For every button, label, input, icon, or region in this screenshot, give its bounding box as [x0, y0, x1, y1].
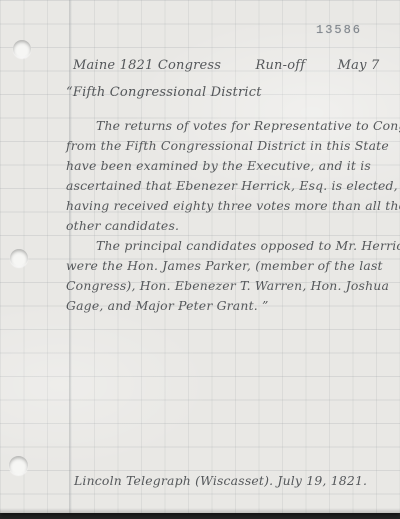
punch-hole-bottom [9, 456, 28, 475]
archive-number-stamp: 13586 [316, 23, 362, 37]
handwritten-line: having received eighty three votes more … [66, 196, 398, 216]
body-text: The returns of votes for Representative … [66, 116, 398, 316]
handwritten-line: were the Hon. James Parker, (member of t… [66, 256, 398, 276]
handwritten-line: have been examined by the Executive, and… [66, 156, 398, 176]
scanned-document: 13586 Maine 1821 Congress Run-off May 7 … [0, 0, 400, 519]
title-event: Maine 1821 Congress [73, 58, 221, 73]
paper-bottom-edge [0, 508, 400, 513]
handwritten-line: Congress), Hon. Ebenezer T. Warren, Hon.… [66, 276, 398, 296]
handwritten-line: Gage, and Major Peter Grant. ” [66, 296, 398, 316]
handwritten-line: other candidates. [66, 216, 398, 236]
handwritten-line: ascertained that Ebenezer Herrick, Esq. … [66, 176, 398, 196]
handwritten-line: The returns of votes for Representative … [66, 116, 398, 136]
title-election-type: Run-off [256, 58, 306, 73]
title-date: May 7 [338, 58, 380, 73]
title-line: Maine 1821 Congress Run-off May 7 [73, 58, 393, 73]
punch-hole-middle [10, 249, 28, 267]
subtitle-district: “Fifth Congressional District [66, 85, 262, 100]
handwritten-line: The principal candidates opposed to Mr. … [66, 236, 398, 256]
punch-hole-top [13, 40, 31, 58]
handwritten-line: from the Fifth Congressional District in… [66, 136, 398, 156]
graph-paper-sheet: 13586 Maine 1821 Congress Run-off May 7 … [0, 0, 400, 513]
source-citation: Lincoln Telegraph (Wiscasset). July 19, … [74, 473, 367, 488]
